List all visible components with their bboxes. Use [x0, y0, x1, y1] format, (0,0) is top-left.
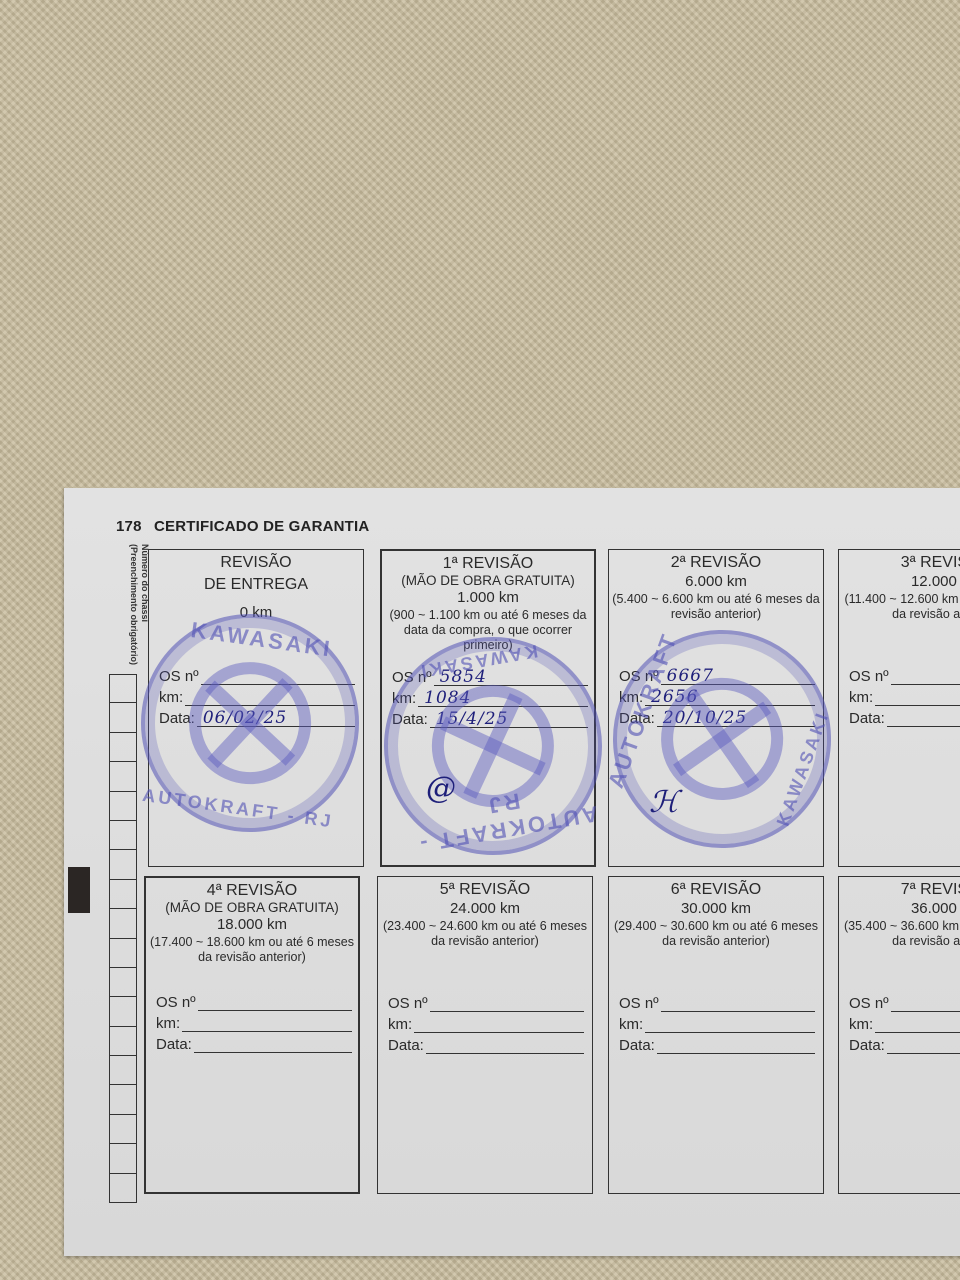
- revision-km: 36.000 km: [839, 900, 960, 918]
- km-field[interactable]: km:: [849, 1012, 960, 1033]
- date-label: Data:: [388, 1037, 424, 1054]
- os-value: 5854: [440, 667, 487, 687]
- revision-title-line2: DE ENTREGA: [149, 576, 363, 594]
- os-field[interactable]: OS nº: [159, 664, 355, 685]
- os-field[interactable]: OS nº: [849, 991, 960, 1012]
- warranty-certificate-page: 178 CERTIFICADO DE GARANTIA Número do ch…: [64, 488, 960, 1256]
- os-label: OS nº: [388, 995, 428, 1012]
- chassis-digit-box[interactable]: [109, 880, 137, 909]
- revision-card-7: 7ª REVISÃO 36.000 km (35.400 ~ 36.600 km…: [838, 876, 960, 1194]
- km-field[interactable]: km:: [849, 685, 960, 706]
- os-field[interactable]: OS nº: [156, 990, 352, 1011]
- revision-title: 4ª REVISÃO: [146, 882, 358, 900]
- os-field[interactable]: OS nº: [619, 991, 815, 1012]
- km-label: km:: [849, 1016, 873, 1033]
- revision-card-4: 4ª REVISÃO (MÃO DE OBRA GRATUITA) 18.000…: [144, 876, 360, 1194]
- chassis-digit-box[interactable]: [109, 909, 137, 938]
- os-field[interactable]: OS nº 5854: [392, 665, 588, 686]
- page-header: 178 CERTIFICADO DE GARANTIA: [116, 518, 369, 535]
- chassis-digit-box[interactable]: [109, 1056, 137, 1085]
- os-value: 6667: [667, 666, 714, 686]
- os-label: OS nº: [619, 668, 659, 685]
- chassis-digit-box[interactable]: [109, 939, 137, 968]
- km-value: 1084: [424, 688, 471, 708]
- date-value: 20/10/25: [663, 708, 747, 728]
- revision-km: 30.000 km: [609, 900, 823, 918]
- km-label: km:: [156, 1015, 180, 1032]
- revision-km: 18.000 km: [146, 916, 358, 934]
- revision-fields: OS nº 5854 km: 1084 Data: 15/4/25: [392, 665, 588, 728]
- revision-range: (17.400 ~ 18.600 km ou até 6 meses da re…: [146, 935, 358, 965]
- date-value: 15/4/25: [436, 709, 509, 729]
- km-label: km:: [388, 1016, 412, 1033]
- revision-labor-note: (MÃO DE OBRA GRATUITA): [146, 900, 358, 915]
- date-label: Data:: [619, 1037, 655, 1054]
- revision-title: 1ª REVISÃO: [382, 555, 594, 573]
- revision-title: 7ª REVISÃO: [839, 881, 960, 899]
- revision-card-0: REVISÃO DE ENTREGA 0 km OS nº km: Data: …: [148, 549, 364, 867]
- page-title: CERTIFICADO DE GARANTIA: [154, 518, 369, 535]
- date-field[interactable]: Data: 20/10/25: [619, 706, 815, 727]
- km-label: km:: [619, 1016, 643, 1033]
- chassis-digit-box[interactable]: [109, 968, 137, 997]
- dealer-stamp: AUTOKRAFT - RJKAWASAKI: [367, 620, 620, 873]
- revision-fields: OS nº km: Data:: [619, 991, 815, 1054]
- revision-range: (5.400 ~ 6.600 km ou até 6 meses da revi…: [609, 592, 823, 622]
- chassis-digit-box[interactable]: [109, 1144, 137, 1173]
- revision-fields: OS nº km: Data: 06/02/25: [159, 664, 355, 727]
- km-field[interactable]: km: 2656: [619, 685, 815, 706]
- date-label: Data:: [619, 710, 655, 727]
- date-field[interactable]: Data:: [619, 1033, 815, 1054]
- revision-km: 1.000 km: [382, 589, 594, 607]
- km-field[interactable]: km:: [156, 1011, 352, 1032]
- os-label: OS nº: [156, 994, 196, 1011]
- revision-title: 2ª REVISÃO: [609, 554, 823, 572]
- page-edge-marker: [68, 867, 90, 913]
- revision-labor-note: (MÃO DE OBRA GRATUITA): [382, 573, 594, 588]
- date-field[interactable]: Data:: [849, 706, 960, 727]
- km-field[interactable]: km: 1084: [392, 686, 588, 707]
- chassis-digit-box[interactable]: [109, 792, 137, 821]
- chassis-note-text: (Preenchimento obrigatório): [128, 544, 139, 684]
- date-field[interactable]: Data:: [156, 1032, 352, 1053]
- km-label: km:: [392, 690, 416, 707]
- chassis-digit-box[interactable]: [109, 733, 137, 762]
- revision-card-2: 2ª REVISÃO 6.000 km (5.400 ~ 6.600 km ou…: [608, 549, 824, 867]
- signature-mark: @: [426, 771, 456, 806]
- revision-range: (23.400 ~ 24.600 km ou até 6 meses da re…: [378, 919, 592, 949]
- revision-title: 6ª REVISÃO: [609, 881, 823, 899]
- os-label: OS nº: [392, 669, 432, 686]
- os-label: OS nº: [849, 668, 889, 685]
- km-label: km:: [159, 689, 183, 706]
- os-label: OS nº: [619, 995, 659, 1012]
- date-field[interactable]: Data: 15/4/25: [392, 707, 588, 728]
- date-label: Data:: [392, 711, 428, 728]
- revision-title: REVISÃO: [149, 554, 363, 572]
- revision-range: (35.400 ~ 36.600 km ou até 6 meses da re…: [839, 919, 960, 949]
- km-field[interactable]: km:: [159, 685, 355, 706]
- chassis-digit-box[interactable]: [109, 703, 137, 732]
- date-field[interactable]: Data:: [849, 1033, 960, 1054]
- revision-title: 5ª REVISÃO: [378, 881, 592, 899]
- revision-card-6: 6ª REVISÃO 30.000 km (29.400 ~ 30.600 km…: [608, 876, 824, 1194]
- chassis-label: Número do chassi (Preenchimento obrigató…: [110, 544, 150, 684]
- os-label: OS nº: [159, 668, 199, 685]
- date-label: Data:: [156, 1036, 192, 1053]
- revision-km: 12.000 km: [839, 573, 960, 591]
- revision-range: (29.400 ~ 30.600 km ou até 6 meses da re…: [609, 919, 823, 949]
- revision-fields: OS nº km: Data:: [156, 990, 352, 1053]
- revision-km: 0 km: [149, 604, 363, 622]
- chassis-digit-box[interactable]: [109, 1174, 137, 1203]
- date-label: Data:: [849, 710, 885, 727]
- os-label: OS nº: [849, 995, 889, 1012]
- os-field[interactable]: OS nº: [388, 991, 584, 1012]
- revision-range: (11.400 ~ 12.600 km ou até 6 meses da re…: [839, 592, 960, 622]
- stamp-text-bottom: AUTOKRAFT - RJ: [133, 784, 344, 834]
- os-field[interactable]: OS nº 6667: [619, 664, 815, 685]
- km-value: 2656: [651, 687, 698, 707]
- chassis-digit-box[interactable]: [109, 1115, 137, 1144]
- revision-fields: OS nº km: Data:: [849, 664, 960, 727]
- page-number: 178: [116, 518, 142, 535]
- km-label: km:: [849, 689, 873, 706]
- signature-mark: ℋ: [649, 785, 679, 820]
- revision-fields: OS nº km: Data:: [388, 991, 584, 1054]
- km-field[interactable]: km:: [388, 1012, 584, 1033]
- chassis-digit-box[interactable]: [109, 1085, 137, 1114]
- revision-card-3: 3ª REVISÃO 12.000 km (11.400 ~ 12.600 km…: [838, 549, 960, 867]
- chassis-digit-box[interactable]: [109, 762, 137, 791]
- revision-range: (900 ~ 1.100 km ou até 6 meses da data d…: [382, 608, 594, 653]
- date-field[interactable]: Data:: [388, 1033, 584, 1054]
- chassis-digit-box[interactable]: [109, 850, 137, 879]
- chassis-digit-box[interactable]: [109, 821, 137, 850]
- revision-km: 6.000 km: [609, 573, 823, 591]
- revision-km: 24.000 km: [378, 900, 592, 918]
- chassis-digit-box[interactable]: [109, 674, 137, 703]
- chassis-digit-box[interactable]: [109, 1027, 137, 1056]
- os-field[interactable]: OS nº: [849, 664, 960, 685]
- date-label: Data:: [849, 1037, 885, 1054]
- revision-fields: OS nº km: Data:: [849, 991, 960, 1054]
- revision-fields: OS nº 6667 km: 2656 Data: 20/10/25: [619, 664, 815, 727]
- date-field[interactable]: Data: 06/02/25: [159, 706, 355, 727]
- revision-card-1: 1ª REVISÃO (MÃO DE OBRA GRATUITA) 1.000 …: [380, 549, 596, 867]
- km-label: km:: [619, 689, 643, 706]
- km-field[interactable]: km:: [619, 1012, 815, 1033]
- revision-card-5: 5ª REVISÃO 24.000 km (23.400 ~ 24.600 km…: [377, 876, 593, 1194]
- dealer-stamp: AUTOKRAFTKAWASAKI: [582, 599, 861, 878]
- date-label: Data:: [159, 710, 195, 727]
- chassis-digit-box[interactable]: [109, 997, 137, 1026]
- date-value: 06/02/25: [203, 708, 287, 728]
- revision-title: 3ª REVISÃO: [839, 554, 960, 572]
- chassis-number-boxes[interactable]: [109, 674, 139, 1203]
